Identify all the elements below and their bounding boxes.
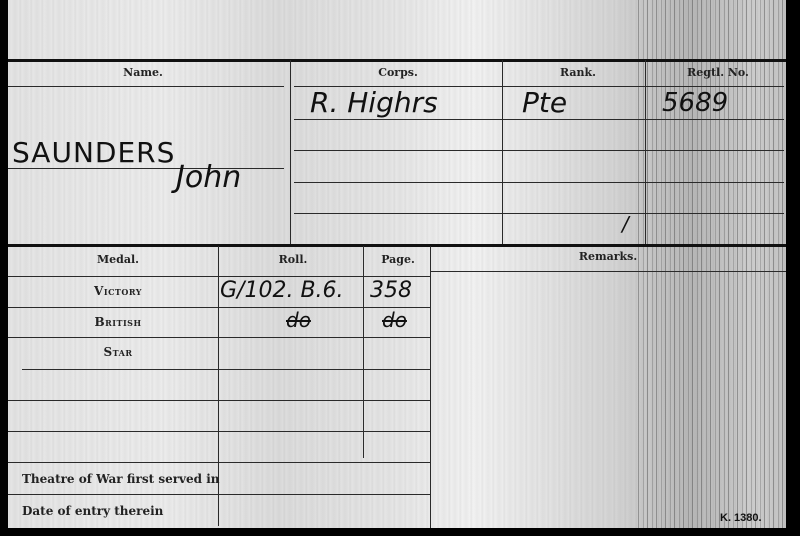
medal-star: Star [68, 345, 168, 359]
row-line [8, 431, 430, 432]
forename: John [176, 160, 241, 195]
medal-british: British [68, 315, 168, 329]
roll-british: do [286, 308, 311, 332]
row-line [294, 150, 784, 151]
row-line [294, 119, 784, 120]
page-col-header: Page. [368, 253, 428, 266]
medal-index-card: Name. Corps. Rank. Regtl. No. SAUNDERS J… [8, 0, 786, 528]
date-label: Date of entry therein [22, 504, 163, 518]
regtl-no-value: 5689 [662, 88, 728, 118]
divider-roll-page [363, 246, 364, 458]
rank-mark: / [622, 212, 629, 236]
divider-rank-regtl [645, 60, 646, 245]
page-victory: 358 [370, 278, 412, 303]
roll-victory: G/102. B.6. [220, 278, 344, 303]
row-line [8, 494, 430, 495]
row-line [8, 462, 430, 463]
medal-victory: Victory [68, 284, 168, 298]
name-row-line [8, 86, 284, 87]
theatre-label: Theatre of War first served in [22, 472, 220, 486]
divider-name-corps [290, 60, 291, 245]
theatre-value [220, 464, 428, 492]
rank-value: Pte [522, 86, 567, 119]
name-label: Name. [68, 66, 218, 79]
top-rule [8, 59, 786, 62]
remarks-header: Remarks. [528, 250, 688, 263]
surname: SAUNDERS [12, 136, 175, 169]
divider-corps-rank [502, 60, 503, 245]
date-value [220, 496, 428, 524]
row-line [8, 400, 430, 401]
rank-label: Rank. [538, 66, 618, 79]
remarks-value [434, 276, 784, 516]
corps-label: Corps. [338, 66, 458, 79]
corps-value: R. Highrs [310, 86, 438, 119]
medal-col-header: Medal. [68, 253, 168, 266]
middle-rule [8, 244, 786, 247]
roll-col-header: Roll. [248, 253, 338, 266]
divider-page-remarks [430, 246, 431, 528]
row-line [22, 369, 430, 370]
page-british: do [382, 308, 407, 332]
row-line [8, 276, 430, 277]
row-line [8, 307, 430, 308]
row-line [294, 182, 784, 183]
row-line [8, 337, 430, 338]
row-line [294, 213, 784, 214]
regtl-no-label: Regtl. No. [658, 66, 778, 79]
remarks-rule [430, 271, 786, 272]
form-code: K. 1380. [720, 512, 762, 524]
